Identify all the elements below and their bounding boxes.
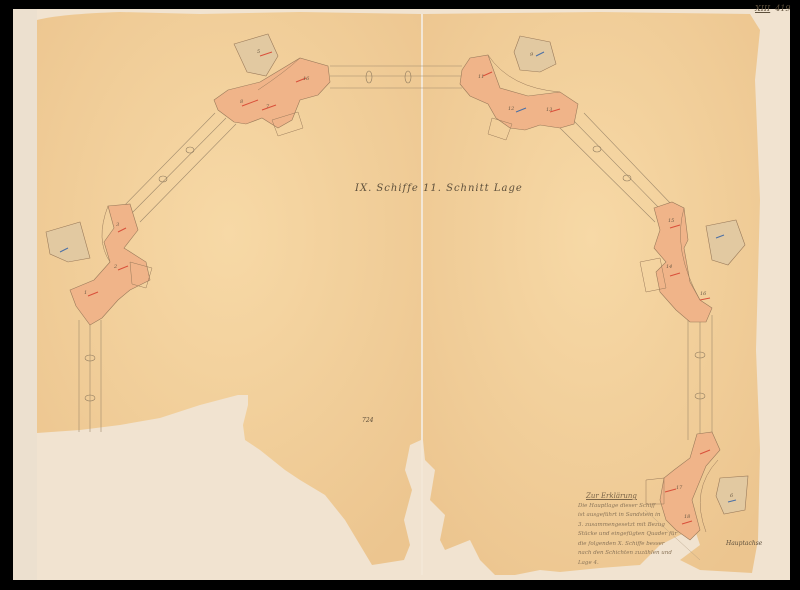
edge-note: Hauptachse <box>726 540 762 547</box>
legend-line: Stücke und eingefügten Quader für <box>578 530 703 540</box>
svg-text:3: 3 <box>116 222 119 228</box>
legend-line: nach den Schichten zuzählen und <box>578 549 703 559</box>
svg-text:8: 8 <box>240 99 243 105</box>
sheet-number-roman: XIII <box>755 4 770 13</box>
drawing-title: IX. Schiffe 11. Schnitt Lage <box>355 183 523 194</box>
drawing-sheet: 5 16 7 8 9 11 12 13 3 2 1 <box>0 0 800 590</box>
svg-text:15: 15 <box>668 218 674 224</box>
svg-text:5: 5 <box>257 49 260 55</box>
svg-text:16: 16 <box>700 291 707 297</box>
svg-text:1: 1 <box>84 290 87 296</box>
legend-heading: Zur Erklärung <box>586 492 703 502</box>
svg-text:17: 17 <box>676 485 683 491</box>
svg-text:11: 11 <box>478 74 484 80</box>
legend-line: 3. zusammengesetzt mit Bezug <box>578 521 703 531</box>
legend-line: ist ausgeführt in Sandstein in <box>578 511 703 521</box>
stamp-mark: 724 <box>362 417 373 424</box>
legend-line: die folgenden X. Schiffe besser <box>578 540 703 550</box>
sheet-number: XIII419 <box>755 4 790 13</box>
svg-text:16: 16 <box>303 76 310 82</box>
svg-text:12: 12 <box>508 106 514 112</box>
legend-line: Die Hauptlage dieser Schiff <box>578 502 703 512</box>
svg-text:2: 2 <box>113 264 117 270</box>
legend-line: Lage 4. <box>578 559 703 569</box>
svg-text:13: 13 <box>546 107 552 113</box>
svg-text:14: 14 <box>666 264 672 270</box>
legend-note: Zur Erklärung Die Hauptlage dieser Schif… <box>578 492 703 568</box>
sheet-annotation: 419 <box>775 4 790 13</box>
